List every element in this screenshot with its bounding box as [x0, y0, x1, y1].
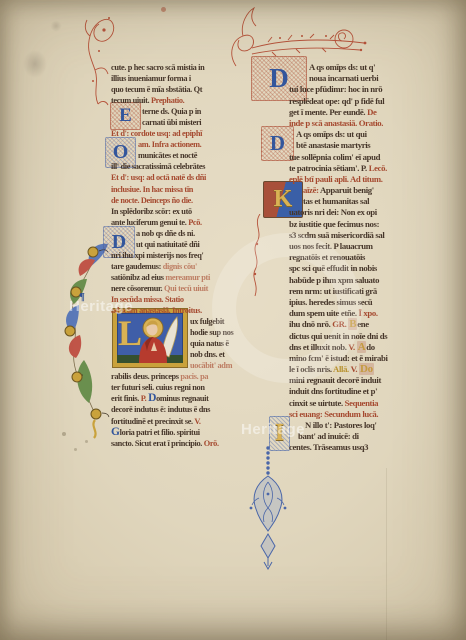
text-line: mini regnauit decorē induit: [289, 375, 441, 386]
text-segment: B: [348, 318, 357, 330]
text-segment: Apparuit benig': [320, 185, 374, 195]
text-line: satiōnibz ad eius mereamur pti: [111, 272, 242, 283]
text-segment: tare gaudemus:: [111, 262, 163, 271]
text-segment: Et d': cordote usq: ad epiphī: [111, 129, 202, 138]
text-segment: spc sci quē effudit in nobis: [289, 263, 377, 273]
text-segment: am. Infra actionem.: [138, 140, 201, 149]
text-line: Et d': usq: ad octā natē ds dñi: [111, 172, 242, 183]
text-segment: aīzē:: [303, 185, 320, 195]
text-segment: rem nrm: ut iustificati grā: [289, 286, 377, 296]
text-segment: ominus regnauit: [156, 394, 208, 403]
text-segment: municātes et noctē: [138, 151, 197, 160]
text-segment: le ī oclis nris.: [289, 364, 333, 374]
text-line: regnatōis et renouatōis: [289, 252, 441, 263]
text-line: uocābit' adm: [111, 360, 242, 371]
text-segment: regnatōis et renouatōis: [289, 252, 365, 262]
text-segment: In splēdoribz scōr: ex utō: [111, 207, 192, 216]
text-segment: Allā.: [333, 364, 351, 374]
text-segment: Prephatio.: [151, 96, 184, 105]
text-segment: terne ds. Quia p in: [142, 107, 201, 116]
parchment-crease: [386, 468, 387, 640]
text-segment: mino fcm' ē istud: et ē mirabi: [289, 353, 388, 363]
text-segment: induit dns fortitudine et p': [289, 386, 377, 396]
text-segment: P.: [141, 394, 148, 403]
text-segment: G: [111, 426, 120, 438]
text-segment: ihu dnō nrō.: [289, 319, 332, 329]
text-segment: ante luciferum genui te.: [111, 218, 188, 227]
text-segment: rabilis deus. princeps: [111, 372, 180, 381]
text-segment: Ī xpo.: [359, 308, 378, 318]
text-line: quia natus ē: [111, 338, 242, 349]
text-segment: cinxit se uirtute.: [289, 398, 345, 408]
initial-letter: D: [270, 131, 285, 156]
left-text-column: cute. p hec sacro scā mistia inillius in…: [111, 62, 242, 450]
text-line: tecum uiuit. Prephatio.: [111, 95, 242, 106]
text-segment: sci euang: Secundum lucā.: [289, 409, 378, 419]
text-line: nri ihu xpi misterijs nos freq': [111, 250, 242, 261]
text-line: dum spem uite etñe. Ī xpo.: [289, 308, 441, 319]
text-segment: Qui tecū uiuit: [164, 284, 208, 293]
text-segment: eplē btī pauli apli. Ad titum.: [289, 174, 383, 184]
text-segment: mini regnauit decorē induit: [289, 375, 381, 385]
text-line: bant' ad inuicē: di: [289, 431, 441, 442]
text-segment: uatoris nri dei: Non ex opi: [289, 207, 377, 217]
text-line: municātes et noctē: [111, 150, 242, 161]
text-line: ter futuri seli. cuius regni non: [111, 382, 242, 393]
text-segment: nob dns. et: [190, 350, 225, 359]
text-line: tui luce pfūdimr: hoc in nrō: [289, 84, 441, 95]
text-line: decorē indutus ē: indutus ē dns: [111, 404, 242, 415]
text-segment: fortitudinē et precinxit se.: [111, 417, 194, 426]
text-segment: D: [148, 392, 156, 404]
text-segment: V.: [194, 417, 200, 426]
text-segment: Do: [359, 363, 374, 375]
text-segment: tas et humanitas sal: [303, 196, 369, 206]
text-line: ipius. heredes simus secū: [289, 297, 441, 308]
acanthus-border-foliage: [50, 236, 120, 441]
parchment-stain: [48, 18, 64, 34]
text-segment: de nocte. Deinceps ño die.: [111, 196, 193, 205]
text-segment: V.: [351, 364, 359, 374]
text-segment: tue sollēpnia colim' eī apud: [289, 152, 380, 162]
text-line: sci euang: Secundum lucā.: [289, 409, 441, 420]
text-segment: hodie sup nos: [190, 328, 233, 337]
text-segment: resplēdeat ope: qd' p fidē ful: [289, 96, 384, 106]
text-segment: loria patri et filio. spiritui: [120, 428, 200, 437]
text-line: inclusiue. In hac missa tīn: [111, 184, 242, 195]
text-line: aīzē: Apparuit benig': [289, 185, 441, 196]
text-line: te patrocinia sētiam'. P. Lecō.: [289, 163, 441, 174]
text-segment: In secūda missa. Statio: [111, 295, 184, 304]
text-line: habūde p ihm xpm saluato: [289, 275, 441, 286]
text-segment: centes. Trāseamus usq3: [289, 442, 368, 452]
text-line: inde p scā anastasiā. Oratio.: [289, 118, 441, 129]
text-line: eplē btī pauli apli. Ad titum.: [289, 174, 441, 185]
text-segment: GR.: [332, 319, 348, 329]
text-segment: pacis. pa: [180, 372, 208, 381]
text-segment: uocābit' adm: [190, 361, 232, 370]
text-line: quo tecum ē mīa sbstātia. Qt: [111, 84, 242, 95]
text-line: In splēdoribz scōr: ex utō: [111, 206, 242, 217]
text-line: nob dns. et: [111, 349, 242, 360]
text-segment: Et d': usq: ad octā natē ds dñi: [111, 173, 206, 182]
text-line: noua incarnati uerbi: [289, 73, 441, 84]
text-segment: ter futuri seli. cuius regni non: [111, 383, 205, 392]
text-segment: nri ihu xpi misterijs nos freq': [111, 251, 204, 260]
text-segment: btē anastasie martyris: [296, 140, 370, 150]
text-segment: De: [367, 107, 376, 117]
text-segment: A: [357, 341, 367, 353]
text-segment: V.: [348, 342, 356, 352]
text-segment: A qs omīps ds: ut qui: [296, 129, 367, 139]
text-line: induit dns fortitudine et p': [289, 386, 441, 397]
text-line: btē anastasie martyris: [289, 140, 441, 151]
text-line: s3 scdm suā misericordiā sal: [289, 230, 441, 241]
text-segment: dignis cōu': [163, 262, 197, 271]
parchment-stain: [18, 44, 52, 84]
text-segment: illius inueniamur forma i: [111, 74, 191, 83]
text-segment: dns et illuxit nob.: [289, 342, 348, 352]
text-segment: Introitus.: [172, 306, 202, 315]
initial-letter: I: [275, 420, 284, 447]
text-line: de nocte. Deinceps ño die.: [111, 195, 242, 206]
text-segment: ipius. heredes simus secū: [289, 297, 372, 307]
text-segment: ut qui natiuitatē dñi: [136, 240, 199, 249]
text-line: N illo t': Pastores loq': [289, 420, 441, 431]
text-line: erit finis. P. Dominus regnauit: [111, 393, 242, 404]
text-segment: habūde p ihm xpm saluato: [289, 275, 379, 285]
text-line: resplēdeat ope: qd' p fidē ful: [289, 96, 441, 107]
text-line: hodie sup nos: [111, 327, 242, 338]
text-line: uos nos fecit. P lauacrum: [289, 241, 441, 252]
text-segment: ux fulgebit: [190, 317, 224, 326]
text-segment: a nob qs dñe ds ni.: [136, 229, 195, 238]
text-segment: do: [366, 342, 374, 352]
text-segment: bz iustitie que fecimus nos:: [289, 219, 379, 229]
penwork-tail-k-initial: [248, 214, 266, 304]
initial-in-illo-tempore: I: [269, 416, 290, 451]
text-line: rem nrm: ut iustificati grā: [289, 286, 441, 297]
text-segment: Lecō.: [369, 163, 387, 173]
text-line: fortitudinē et precinxit se. V.: [111, 416, 242, 427]
initial-letter: D: [269, 63, 289, 94]
text-segment: uos nos fecit. P lauacrum: [289, 241, 373, 251]
text-segment: erit finis.: [111, 394, 141, 403]
text-segment: get ī mente. Per eundē.: [289, 107, 367, 117]
text-line: ut qui natiuitatē dñi: [111, 239, 242, 250]
text-line: Gloria patri et filio. spiritui: [111, 427, 242, 438]
text-segment: dictus qui uenit in noīe dni ds: [289, 331, 387, 341]
blue-paraph-mark: ¶: [79, 291, 85, 303]
text-line: tare gaudemus: dignis cōu': [111, 261, 242, 272]
text-line: dns et illuxit nob. V. Ado: [289, 342, 441, 353]
text-line: am. Infra actionem.: [111, 139, 242, 150]
text-segment: quia natus ē: [190, 339, 229, 348]
text-line: ux fulgebit: [111, 316, 242, 327]
text-segment: tui luce pfūdimr: hoc in nrō: [289, 84, 382, 94]
text-segment: satiōnibz ad eius: [111, 273, 165, 282]
text-segment: ill' die sacratissimā celebrātes: [111, 162, 205, 171]
text-line: sancto. Sicut erat ī principio. Orō.: [111, 438, 242, 449]
foxing-spot: [74, 448, 77, 451]
text-segment: N illo t': Pastores loq': [305, 420, 377, 430]
text-line: tue sollēpnia colim' eī apud: [289, 152, 441, 163]
text-line: illius inueniamur forma i: [111, 73, 242, 84]
text-line: In secūda missa. Statio: [111, 294, 242, 305]
text-segment: mereamur pti: [165, 273, 210, 282]
red-speck: [161, 7, 166, 12]
text-segment: Orō.: [204, 439, 219, 448]
text-segment: Sequentia: [345, 398, 379, 408]
text-segment: A qs omīps ds: ut q': [309, 62, 375, 72]
text-segment: s3 scdm suā misericordiā sal: [289, 230, 384, 240]
text-line: rabilis deus. princeps pacis. pa: [111, 371, 242, 382]
right-text-column: A qs omīps ds: ut q'noua incarnati uerbi…: [289, 62, 441, 460]
text-line: ill' die sacratissimā celebrātes: [111, 161, 242, 172]
text-line: get ī mente. Per eundē. De: [289, 107, 441, 118]
text-segment: Pcō.: [188, 218, 202, 227]
text-line: Et d': cordote usq: ad epiphī: [111, 128, 242, 139]
text-segment: tecum uiuit.: [111, 96, 151, 105]
text-line: bz iustitie que fecimus nos:: [289, 219, 441, 230]
text-segment: decorē indutus ē: indutus ē dns: [111, 405, 210, 414]
manuscript-page: E O D D D K I L ¶ cute. p hec sacro scā …: [0, 0, 466, 640]
text-segment: bant' ad inuicē: di: [298, 431, 359, 441]
text-line: cute. p hec sacro scā mistia in: [111, 62, 242, 73]
text-line: spc sci quē effudit in nobis: [289, 263, 441, 274]
text-segment: inclusiue. In hac missa tīn: [111, 185, 193, 194]
text-line: cinxit se uirtute. Sequentia: [289, 398, 441, 409]
blue-filigree-pendant: [246, 446, 290, 570]
text-segment: nere cōsoremur.: [111, 284, 164, 293]
text-line: ihu dnō nrō. GR. Bene: [289, 319, 441, 330]
text-line: ante luciferum genui te. Pcō.: [111, 217, 242, 228]
text-line: ad scām anastasiā. Introitus.: [111, 305, 242, 316]
text-line: carnati ūbi misteri: [111, 117, 242, 128]
text-line: terne ds. Quia p in: [111, 106, 242, 117]
text-segment: ad scām anastasiā.: [111, 306, 172, 315]
text-segment: te patrocinia sētiam'. P.: [289, 163, 369, 173]
text-line: tas et humanitas sal: [289, 196, 441, 207]
text-line: nere cōsoremur. Qui tecū uiuit: [111, 283, 242, 294]
text-line: a nob qs dñe ds ni.: [111, 228, 242, 239]
text-segment: carnati ūbi misteri: [142, 118, 201, 127]
text-line: A qs omīps ds: ut q': [289, 62, 441, 73]
text-segment: cute. p hec sacro scā mistia in: [111, 63, 204, 72]
text-line: dictus qui uenit in noīe dni ds: [289, 331, 441, 342]
text-segment: noua incarnati uerbi: [309, 73, 378, 83]
text-line: centes. Trāseamus usq3: [289, 442, 441, 453]
text-segment: inde p scā anastasiā. Oratio.: [289, 118, 383, 128]
text-segment: quo tecum ē mīa sbstātia. Qt: [111, 85, 202, 94]
text-line: le ī oclis nris. Allā. V. Do: [289, 364, 441, 375]
text-line: uatoris nri dei: Non ex opi: [289, 207, 441, 218]
text-segment: sancto. Sicut erat ī principio.: [111, 439, 204, 448]
text-segment: dum spem uite etñe.: [289, 308, 359, 318]
text-line: A qs omīps ds: ut qui: [289, 129, 441, 140]
text-segment: ene: [357, 319, 369, 329]
